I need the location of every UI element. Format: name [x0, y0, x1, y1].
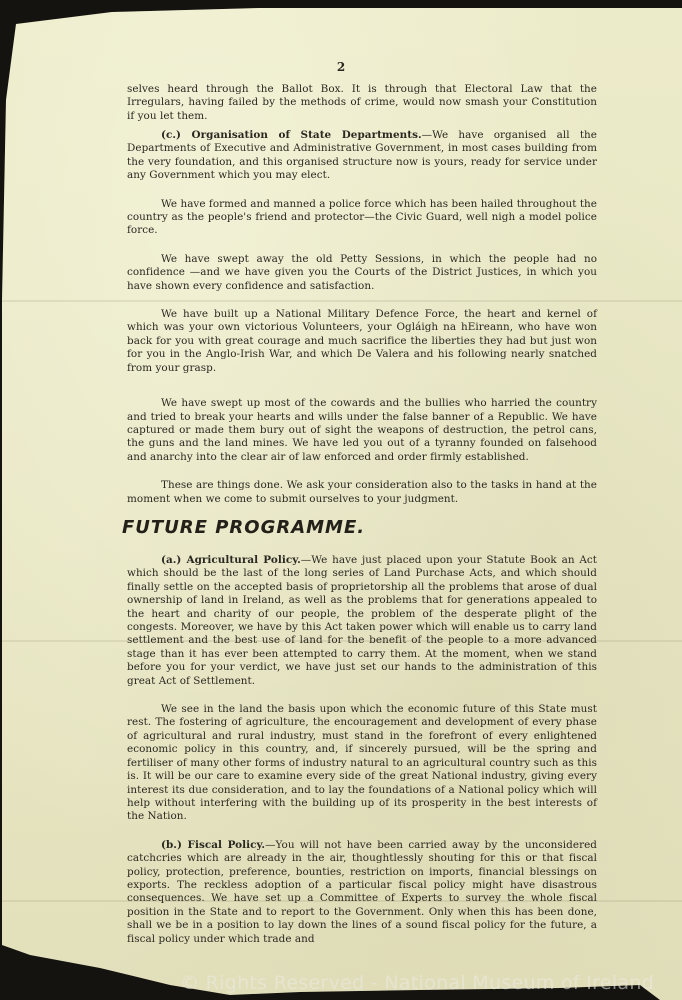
paragraph-fiscal-policy: (b.) Fiscal Policy.—You will not have be…: [127, 839, 597, 946]
intro-paragraph: selves heard through the Ballot Box. It …: [127, 83, 597, 123]
paragraph-land-basis: We see in the land the basis upon which …: [127, 703, 597, 824]
part1-block: (c.) Organisation of State Departments.—…: [127, 129, 597, 506]
paragraph-military: We have built up a National Military Def…: [127, 308, 597, 375]
intro-block: selves heard through the Ballot Box. It …: [127, 83, 597, 123]
paragraph-heading: (b.) Fiscal Policy.: [161, 839, 265, 851]
copyright-watermark: © Rights Reserved - National Museum of I…: [180, 972, 654, 994]
paragraph-text: We have built up a National Military Def…: [127, 308, 597, 374]
paragraph-text: We have swept away the old Petty Session…: [127, 253, 597, 292]
paragraph-text: These are things done. We ask your consi…: [127, 479, 597, 504]
page-number: 2: [0, 60, 682, 74]
paragraph-text: —You will not have been carried away by …: [127, 839, 597, 945]
paragraph-agricultural-policy: (a.) Agricultural Policy.—We have just p…: [127, 554, 597, 688]
paragraph-cowards: We have swept up most of the cowards and…: [127, 397, 597, 464]
section-title-future-programme: FUTURE PROGRAMME.: [122, 517, 365, 538]
paragraph-text: We see in the land the basis upon which …: [127, 703, 597, 822]
paragraph-text: We have formed and manned a police force…: [127, 198, 597, 237]
paragraph-courts: We have swept away the old Petty Session…: [127, 253, 597, 293]
paragraph-heading: (a.) Agricultural Policy.: [161, 554, 301, 566]
part2-block: (a.) Agricultural Policy.—We have just p…: [127, 554, 597, 946]
document-page: 2 selves heard through the Ballot Box. I…: [0, 0, 682, 1000]
paragraph-heading: (c.) Organisation of State Departments.: [161, 129, 422, 141]
paragraph-text: —We have just placed upon your Statute B…: [127, 554, 597, 687]
paragraph-state-departments: (c.) Organisation of State Departments.—…: [127, 129, 597, 183]
paragraph-text: We have swept up most of the cowards and…: [127, 397, 597, 463]
paragraph-things-done: These are things done. We ask your consi…: [127, 479, 597, 506]
paragraph-police-force: We have formed and manned a police force…: [127, 198, 597, 238]
